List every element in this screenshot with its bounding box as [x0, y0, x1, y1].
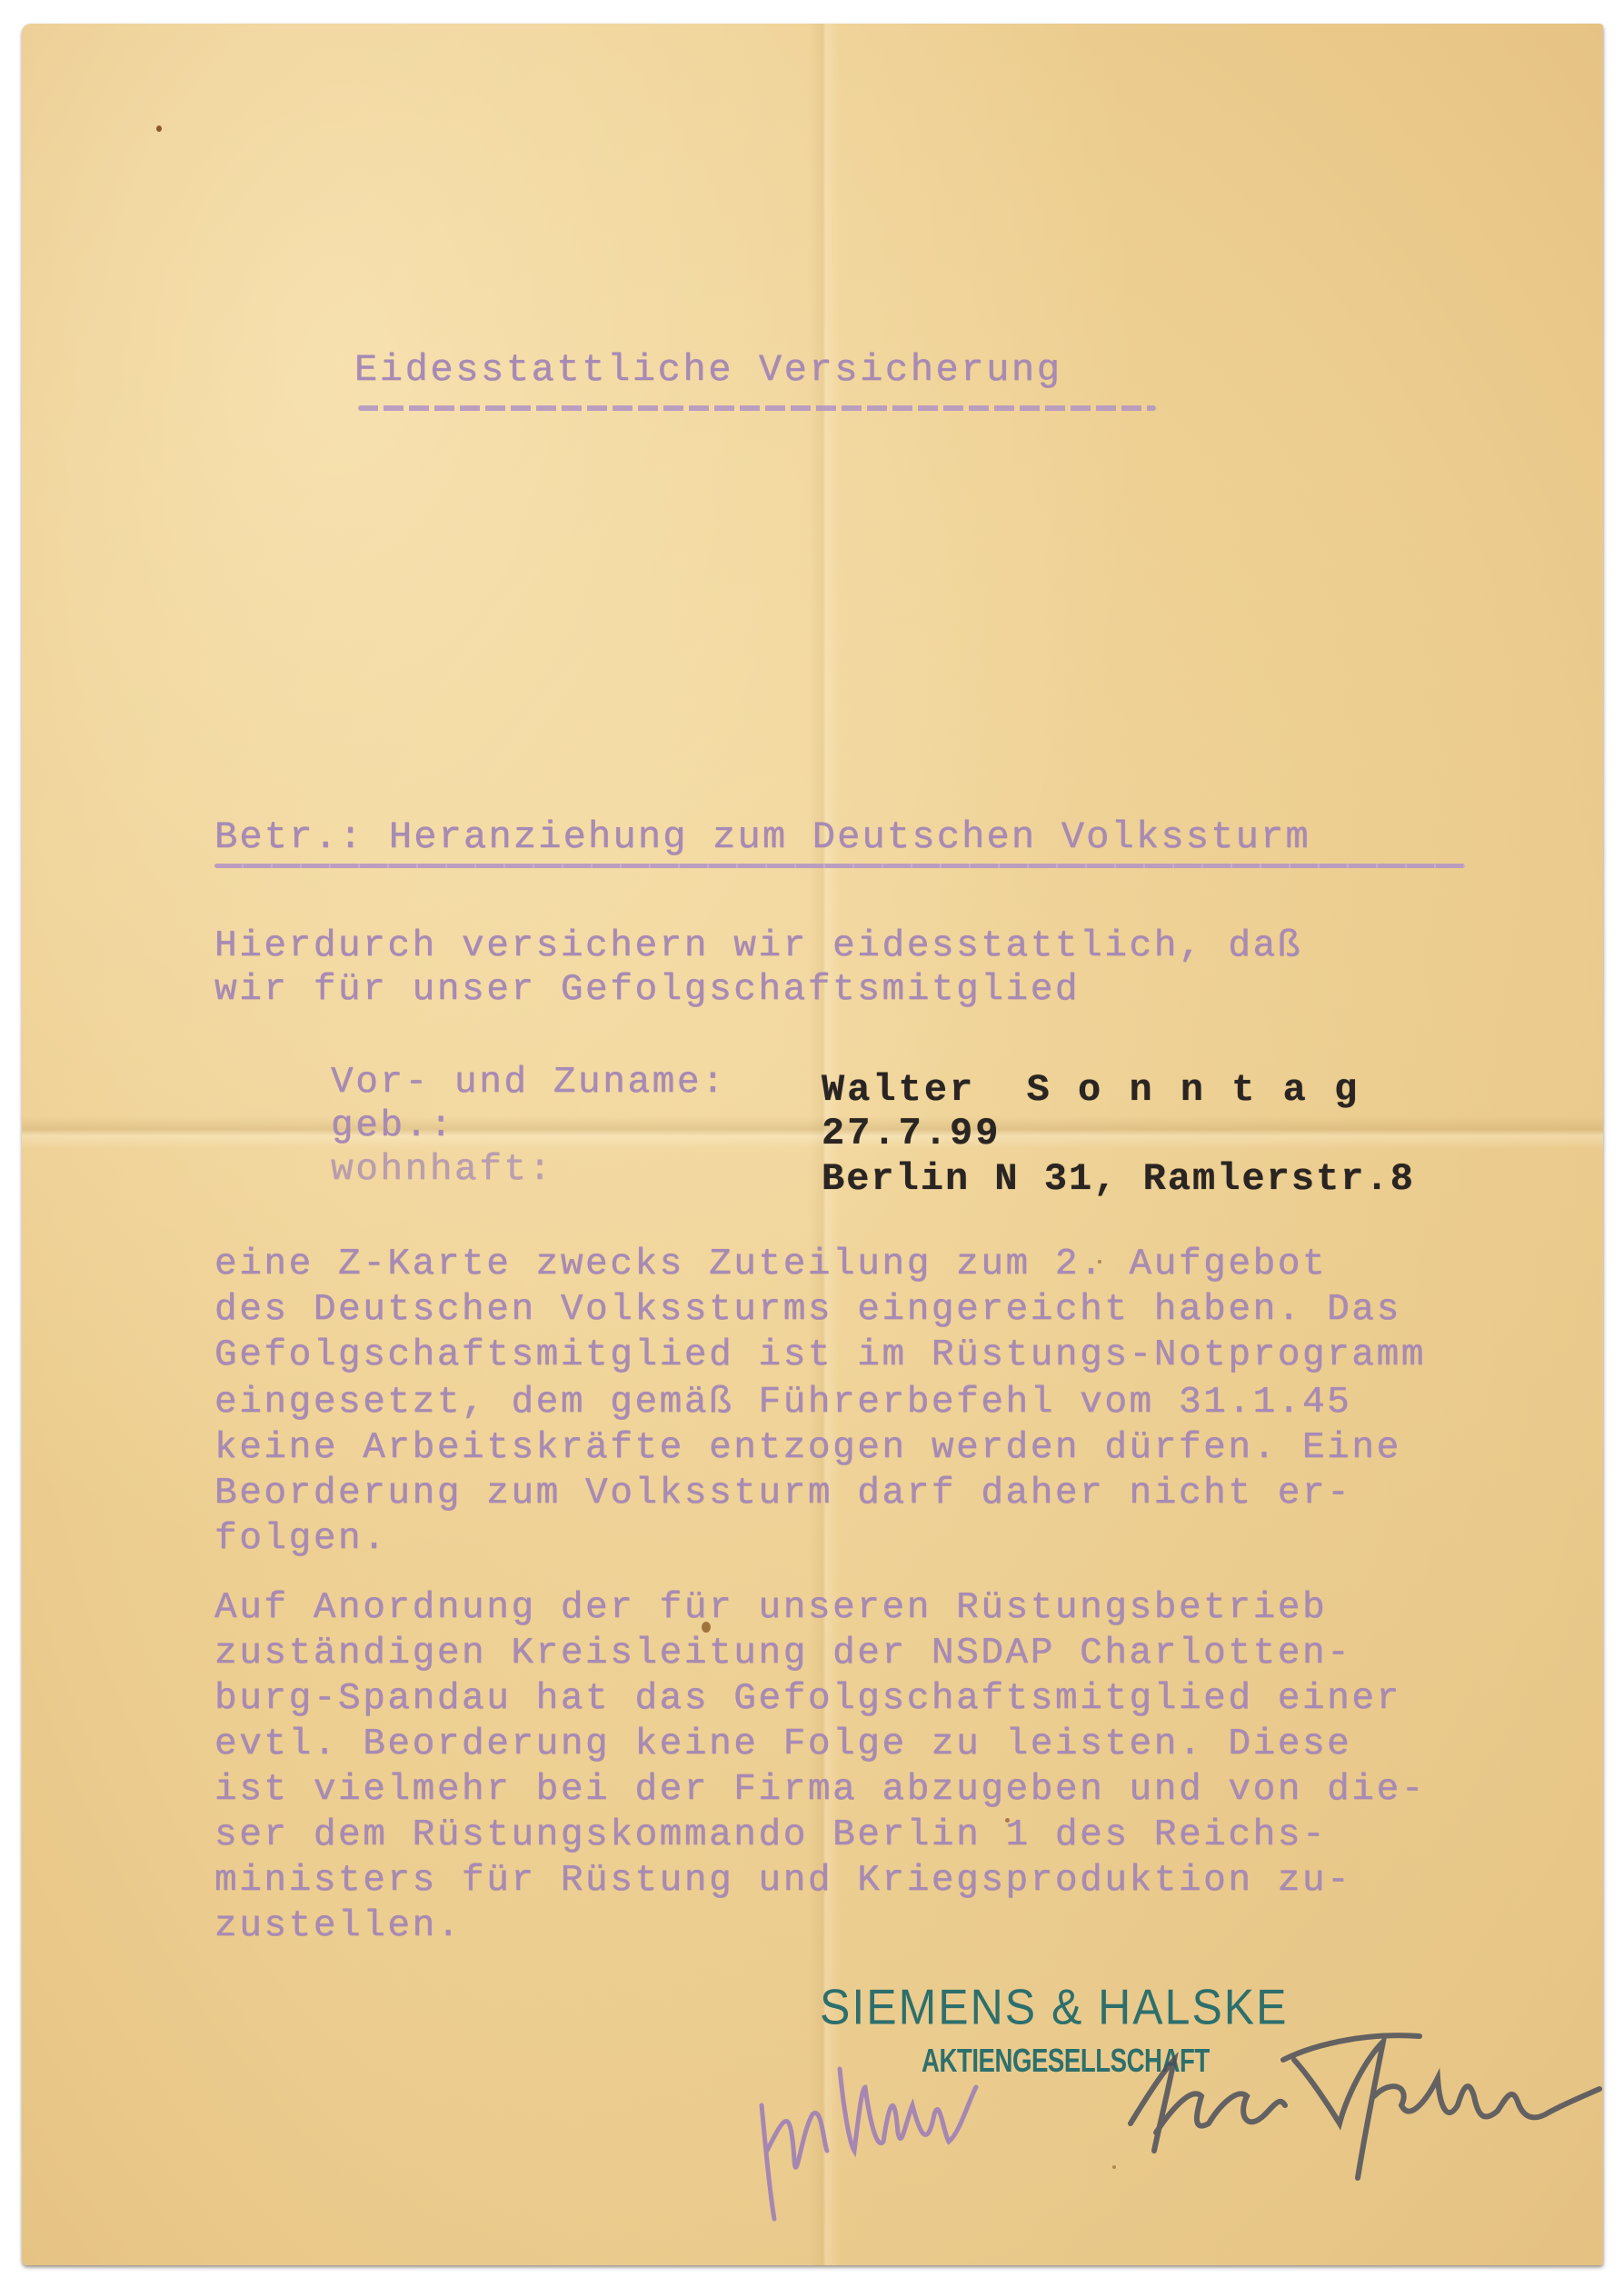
residence-label: wohnhaft:: [331, 1147, 553, 1193]
signature-left-violet: [749, 2051, 1131, 2233]
paragraph-line: zuständigen Kreisleitung der NSDAP Charl…: [214, 1631, 1351, 1676]
paragraph-line: Auf Anordnung der für unseren Rüstungsbe…: [214, 1585, 1327, 1631]
paragraph-line: Beorderung zum Volkssturm darf daher nic…: [214, 1471, 1351, 1516]
paragraph-line: eingesetzt, dem gemäß Führerbefehl vom 3…: [214, 1380, 1351, 1425]
residence-value: Berlin N 31, Ramlerstr.8: [822, 1156, 1415, 1202]
paragraph-line: ministers für Rüstung und Kriegsprodukti…: [214, 1858, 1351, 1903]
paragraph-line: ist vielmehr bei der Firma abzugeben und…: [214, 1767, 1426, 1813]
birth-label: geb.:: [331, 1104, 454, 1149]
birth-value: 27.7.99: [822, 1111, 1001, 1156]
name-label: Vor- und Zuname:: [331, 1060, 726, 1105]
intro-line: wir für unser Gefolgschaftsmitglied: [214, 967, 1080, 1013]
paragraph-line: ser dem Rüstungskommando Berlin 1 des Re…: [214, 1813, 1327, 1858]
intro-line: Hierdurch versichern wir eidesstattlich,…: [214, 924, 1302, 969]
paper-fleck: [156, 125, 162, 132]
document-sheet: Eidesstattliche Versicherung Betr.: Hera…: [22, 24, 1603, 2265]
paragraph-line: zustellen.: [214, 1903, 462, 1949]
paragraph-line: eine Z-Karte zwecks Zuteilung zum 2. Auf…: [214, 1242, 1327, 1287]
horizontal-fold-crease: [22, 1116, 1603, 1149]
name-value: Walter S o n n t a g: [822, 1067, 1360, 1113]
subject-underline: [214, 864, 1465, 868]
document-title: Eidesstattliche Versicherung: [354, 347, 1062, 393]
signature-right-graphite: [1101, 2023, 1610, 2223]
paragraph-line: des Deutschen Volkssturms eingereicht ha…: [214, 1287, 1401, 1333]
paragraph-line: evtl. Beorderung keine Folge zu leisten.…: [214, 1722, 1351, 1767]
subject-line: Betr.: Heranziehung zum Deutschen Volkss…: [214, 814, 1310, 860]
paragraph-line: Gefolgschaftsmitglied ist im Rüstungs-No…: [214, 1333, 1426, 1378]
paragraph-line: keine Arbeitskräfte entzogen werden dürf…: [214, 1425, 1401, 1471]
title-underline: [358, 405, 1156, 411]
paragraph-line: burg-Spandau hat das Gefolgschaftsmitgli…: [214, 1676, 1401, 1722]
paragraph-line: folgen.: [214, 1516, 387, 1562]
